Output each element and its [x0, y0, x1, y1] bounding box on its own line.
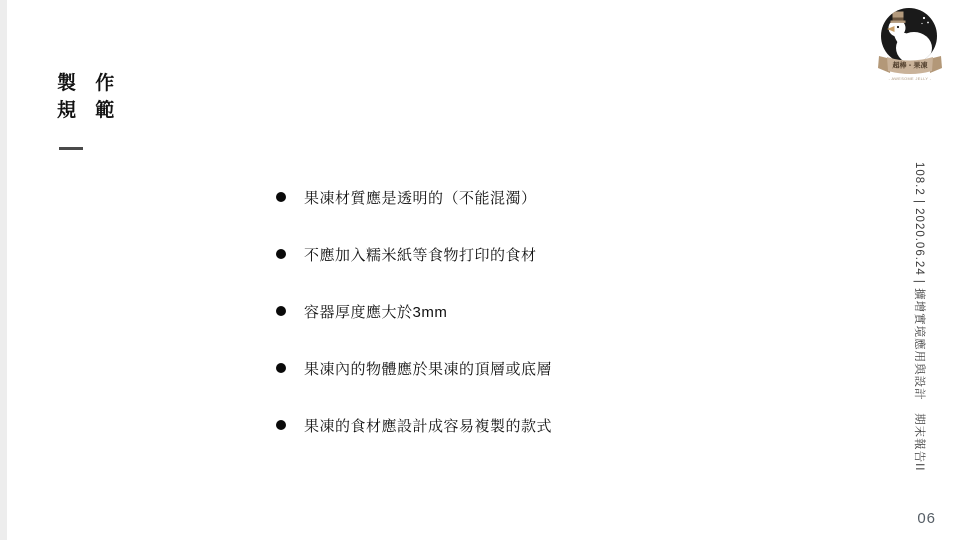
- bullet-dot-icon: [276, 249, 286, 259]
- presentation-slide: 製 作 規 範 果凍材質應是透明的（不能混濁） 不應加入糯米紙等食物打印的食材 …: [0, 0, 960, 540]
- list-item: 果凍的食材應設計成容易複製的款式: [276, 410, 552, 440]
- logo-ribbon-text: 超棒・果凍: [893, 61, 928, 70]
- slide-title: 製 作 規 範: [57, 70, 121, 124]
- bullet-dot-icon: [276, 420, 286, 430]
- slide-title-line2: 規 範: [57, 97, 121, 124]
- bullet-text: 果凍材質應是透明的（不能混濁）: [304, 187, 537, 208]
- bullet-text: 不應加入糯米紙等食物打印的食材: [304, 244, 537, 265]
- title-underline-dash: [59, 147, 83, 150]
- bullet-dot-icon: [276, 306, 286, 316]
- slide-title-line1: 製 作: [57, 70, 121, 97]
- list-item: 果凍內的物體應於果凍的頂層或底層: [276, 353, 552, 383]
- course-info-vertical-caption: 108.2 | 2020.06.24 | 擴增實境應用與設計 期末報告II: [912, 162, 928, 471]
- awesome-jelly-logo: 超棒・果凍 - AWESOME JELLY -: [877, 6, 943, 82]
- list-item: 不應加入糯米紙等食物打印的食材: [276, 239, 552, 269]
- bullet-text: 容器厚度應大於3mm: [304, 301, 447, 322]
- slide-left-edge: [0, 0, 7, 540]
- rules-bullet-list: 果凍材質應是透明的（不能混濁） 不應加入糯米紙等食物打印的食材 容器厚度應大於3…: [276, 182, 552, 467]
- bullet-text: 果凍的食材應設計成容易複製的款式: [304, 415, 552, 436]
- logo-subtext: - AWESOME JELLY -: [889, 77, 932, 81]
- bullet-dot-icon: [276, 363, 286, 373]
- bullet-dot-icon: [276, 192, 286, 202]
- list-item: 容器厚度應大於3mm: [276, 296, 552, 326]
- list-item: 果凍材質應是透明的（不能混濁）: [276, 182, 552, 212]
- page-number: 06: [917, 510, 936, 527]
- duck-badge-icon: 超棒・果凍 - AWESOME JELLY -: [877, 6, 943, 82]
- bullet-text: 果凍內的物體應於果凍的頂層或底層: [304, 358, 552, 379]
